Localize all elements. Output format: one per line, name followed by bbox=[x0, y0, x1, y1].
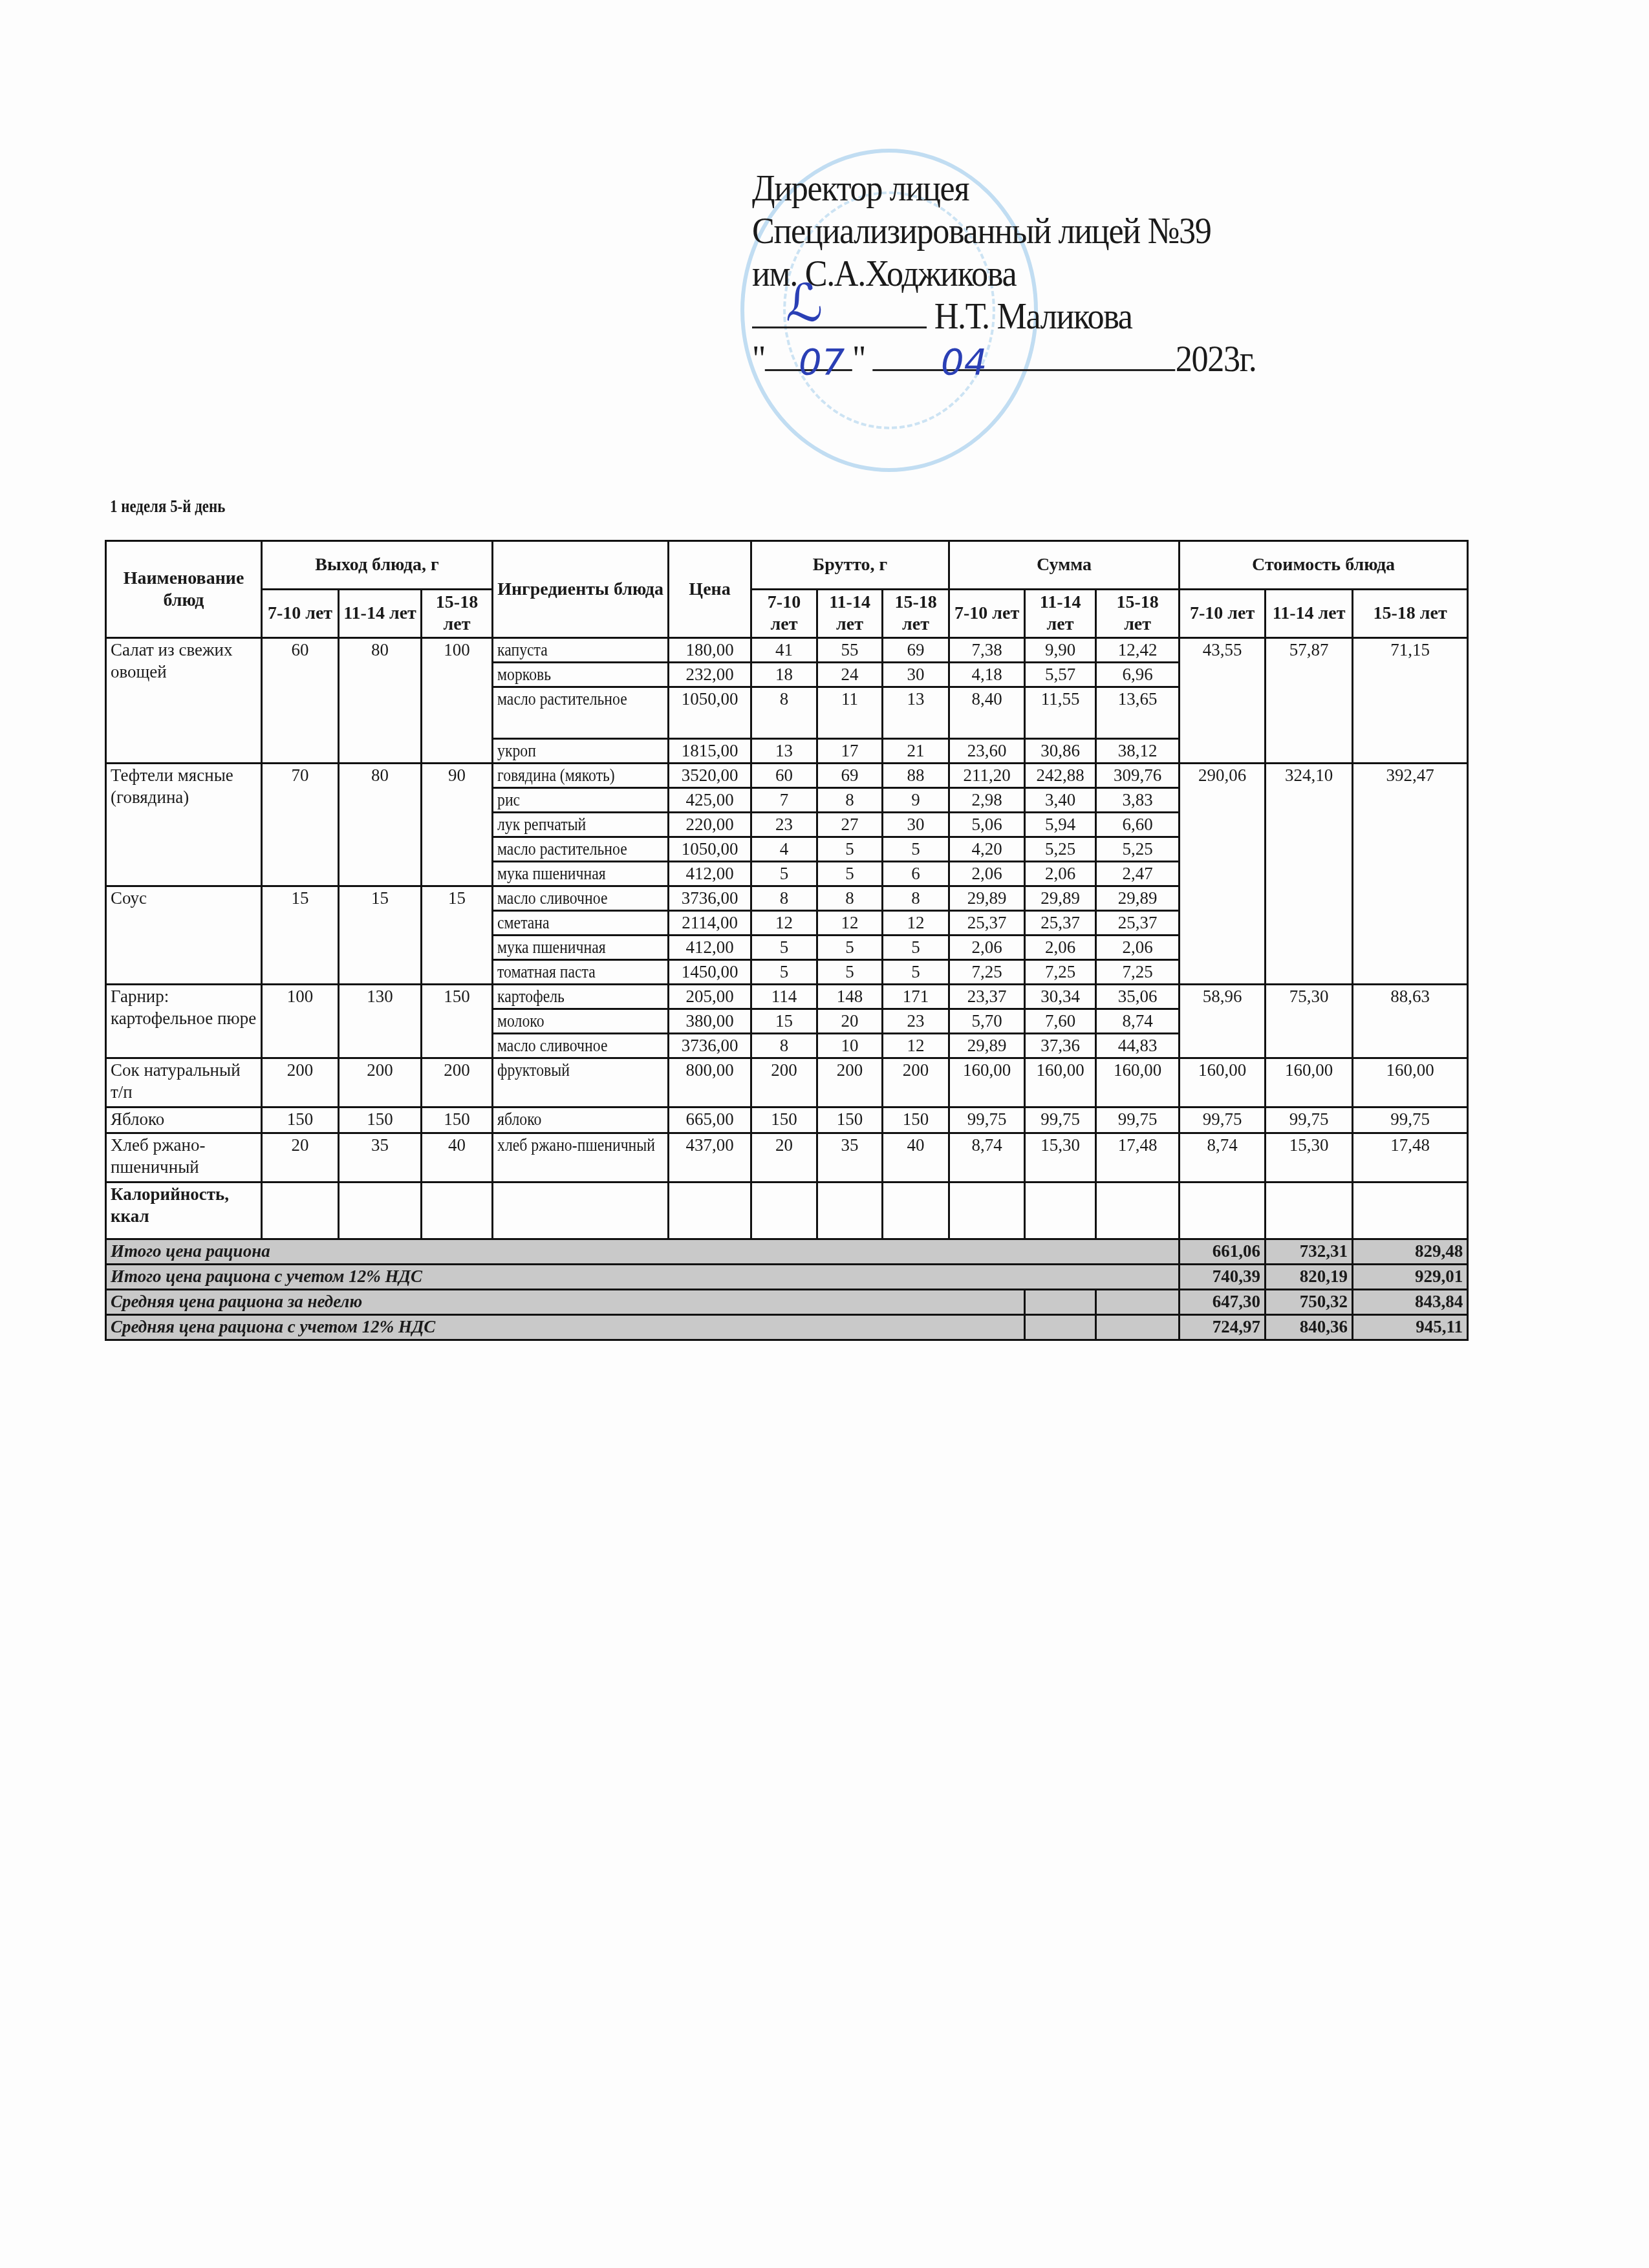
dish-yield-2: 130 bbox=[339, 985, 422, 1058]
ingredient-sum-3: 2,47 bbox=[1096, 862, 1180, 886]
header-brutto-age-2: 11-14 лет bbox=[817, 590, 883, 638]
ingredient-label: масло сливочное bbox=[497, 1034, 607, 1056]
total-label: Итого цена рациона с учетом 12% НДС bbox=[106, 1265, 1180, 1290]
total-value-2: 750,32 bbox=[1266, 1290, 1353, 1315]
approval-title: Директор лицея bbox=[752, 167, 1256, 209]
ingredient-brutto-2: 20 bbox=[817, 1009, 883, 1034]
ingredient-brutto-3: 69 bbox=[883, 638, 949, 663]
ingredient-brutto-2: 150 bbox=[817, 1107, 883, 1133]
ingredient-sum-3: 17,48 bbox=[1096, 1133, 1180, 1182]
header-ingredients: Ингредиенты блюда bbox=[493, 541, 669, 638]
ingredient-brutto-3: 23 bbox=[883, 1009, 949, 1034]
ingredient-brutto-3: 8 bbox=[883, 886, 949, 911]
total-value-2: 820,19 bbox=[1266, 1265, 1353, 1290]
ingredient-price: 3736,00 bbox=[669, 1034, 751, 1058]
dish-cost-2: 324,10 bbox=[1266, 764, 1353, 985]
ingredient-sum-3: 38,12 bbox=[1096, 739, 1180, 764]
ingredient-sum-1: 211,20 bbox=[949, 764, 1025, 788]
dish-cost-1: 160,00 bbox=[1180, 1058, 1266, 1107]
dish-yield-1: 150 bbox=[262, 1107, 339, 1133]
dish-cost-3: 392,47 bbox=[1353, 764, 1468, 985]
ingredient-brutto-3: 171 bbox=[883, 985, 949, 1009]
ingredient-sum-3: 160,00 bbox=[1096, 1058, 1180, 1107]
ingredient-price: 1050,00 bbox=[669, 687, 751, 739]
total-value-3: 929,01 bbox=[1353, 1265, 1468, 1290]
ingredient-sum-1: 99,75 bbox=[949, 1107, 1025, 1133]
ingredient-name: картофель bbox=[493, 985, 669, 1009]
ingredient-sum-3: 6,96 bbox=[1096, 663, 1180, 687]
ingredient-brutto-2: 27 bbox=[817, 813, 883, 837]
ingredient-price: 232,00 bbox=[669, 663, 751, 687]
ingredient-price: 665,00 bbox=[669, 1107, 751, 1133]
ingredient-brutto-2: 69 bbox=[817, 764, 883, 788]
calories-empty-cell bbox=[1025, 1182, 1096, 1239]
ingredient-label: масло растительное bbox=[497, 838, 627, 860]
ingredient-sum-3: 309,76 bbox=[1096, 764, 1180, 788]
ingredient-brutto-1: 114 bbox=[751, 985, 817, 1009]
table-row: Яблоко150150150яблоко665,0015015015099,7… bbox=[106, 1107, 1468, 1133]
total-value-1: 647,30 bbox=[1180, 1290, 1266, 1315]
ingredient-label: томатная паста bbox=[497, 961, 596, 983]
dish-name: Хлеб ржано-пшеничный bbox=[106, 1133, 262, 1182]
dish-cost-1: 43,55 bbox=[1180, 638, 1266, 764]
ingredient-sum-3: 6,60 bbox=[1096, 813, 1180, 837]
calories-empty-cell bbox=[883, 1182, 949, 1239]
calories-empty-cell bbox=[1353, 1182, 1468, 1239]
ingredient-price: 425,00 bbox=[669, 788, 751, 813]
dish-cost-3: 160,00 bbox=[1353, 1058, 1468, 1107]
ingredient-label: лук репчатый bbox=[497, 813, 586, 835]
ingredient-brutto-3: 12 bbox=[883, 1034, 949, 1058]
calories-empty-cell bbox=[669, 1182, 751, 1239]
dish-yield-3: 90 bbox=[422, 764, 493, 886]
ingredient-brutto-3: 150 bbox=[883, 1107, 949, 1133]
ingredient-brutto-3: 21 bbox=[883, 739, 949, 764]
ingredient-brutto-2: 35 bbox=[817, 1133, 883, 1182]
ingredient-label: картофель bbox=[497, 985, 565, 1007]
dish-yield-1: 100 bbox=[262, 985, 339, 1058]
ingredient-sum-3: 13,65 bbox=[1096, 687, 1180, 739]
total-row: Итого цена рациона661,06732,31829,48 bbox=[106, 1239, 1468, 1265]
handwritten-month: 04 bbox=[941, 341, 987, 383]
dish-yield-2: 35 bbox=[339, 1133, 422, 1182]
school-honorific: им. С.А.Ходжикова bbox=[752, 252, 1256, 295]
table-row: Хлеб ржано-пшеничный203540хлеб ржано-пше… bbox=[106, 1133, 1468, 1182]
total-empty-cell bbox=[1096, 1290, 1180, 1315]
ingredient-sum-1: 5,70 bbox=[949, 1009, 1025, 1034]
header-yield-age-2: 11-14 лет bbox=[339, 590, 422, 638]
table-row: Гарнир: картофельное пюре100130150картоф… bbox=[106, 985, 1468, 1009]
ingredient-brutto-1: 5 bbox=[751, 936, 817, 960]
ingredient-label: морковь bbox=[497, 663, 551, 685]
ingredient-brutto-2: 17 bbox=[817, 739, 883, 764]
ingredient-name: рис bbox=[493, 788, 669, 813]
ingredient-brutto-1: 8 bbox=[751, 886, 817, 911]
ingredient-label: яблоко bbox=[497, 1108, 541, 1130]
ingredient-brutto-1: 15 bbox=[751, 1009, 817, 1034]
ingredient-price: 2114,00 bbox=[669, 911, 751, 936]
ingredient-label: фруктовый bbox=[497, 1059, 570, 1081]
ingredient-sum-3: 25,37 bbox=[1096, 911, 1180, 936]
header-sum-age-2: 11-14 лет bbox=[1025, 590, 1096, 638]
ingredient-sum-1: 8,40 bbox=[949, 687, 1025, 739]
ingredient-sum-2: 2,06 bbox=[1025, 936, 1096, 960]
ingredient-sum-3: 12,42 bbox=[1096, 638, 1180, 663]
signature-line: Н.Т. Маликова bbox=[752, 295, 1256, 337]
ingredient-price: 437,00 bbox=[669, 1133, 751, 1182]
ingredient-sum-3: 2,06 bbox=[1096, 936, 1180, 960]
dish-yield-2: 150 bbox=[339, 1107, 422, 1133]
ingredient-brutto-1: 13 bbox=[751, 739, 817, 764]
ingredient-brutto-3: 88 bbox=[883, 764, 949, 788]
ingredient-name: лук репчатый bbox=[493, 813, 669, 837]
header-brutto: Брутто, г bbox=[751, 541, 949, 590]
ingredient-label: мука пшеничная bbox=[497, 936, 606, 958]
calories-empty-cell bbox=[1266, 1182, 1353, 1239]
dish-cost-2: 15,30 bbox=[1266, 1133, 1353, 1182]
dish-yield-3: 100 bbox=[422, 638, 493, 764]
ingredient-name: масло растительное bbox=[493, 687, 669, 739]
calories-row: Калорийность, ккал bbox=[106, 1182, 1468, 1239]
signer-name: Н.Т. Маликова bbox=[934, 295, 1132, 337]
total-value-1: 724,97 bbox=[1180, 1315, 1266, 1340]
handwritten-day: 07 bbox=[799, 341, 845, 383]
ingredient-name: укроп bbox=[493, 739, 669, 764]
header-brutto-age-3: 15-18 лет bbox=[883, 590, 949, 638]
ingredient-brutto-2: 24 bbox=[817, 663, 883, 687]
total-value-3: 945,11 bbox=[1353, 1315, 1468, 1340]
dish-yield-2: 200 bbox=[339, 1058, 422, 1107]
date-year: 2023г. bbox=[1176, 337, 1256, 380]
ingredient-label: сметана bbox=[497, 912, 550, 934]
ingredient-sum-3: 29,89 bbox=[1096, 886, 1180, 911]
ingredient-sum-1: 7,25 bbox=[949, 960, 1025, 985]
calories-empty-cell bbox=[751, 1182, 817, 1239]
dish-cost-1: 99,75 bbox=[1180, 1107, 1266, 1133]
total-value-2: 732,31 bbox=[1266, 1239, 1353, 1265]
ingredient-brutto-1: 7 bbox=[751, 788, 817, 813]
sub-dish-yield-3: 15 bbox=[422, 886, 493, 985]
ingredient-name: масло сливочное bbox=[493, 1034, 669, 1058]
ingredient-brutto-3: 5 bbox=[883, 960, 949, 985]
ingredient-brutto-3: 5 bbox=[883, 936, 949, 960]
ingredient-brutto-3: 13 bbox=[883, 687, 949, 739]
dish-cost-1: 58,96 bbox=[1180, 985, 1266, 1058]
ingredient-sum-3: 8,74 bbox=[1096, 1009, 1180, 1034]
ingredient-sum-2: 5,94 bbox=[1025, 813, 1096, 837]
calories-label: Калорийность, ккал bbox=[106, 1182, 262, 1239]
ingredient-price: 1450,00 bbox=[669, 960, 751, 985]
header-yield: Выход блюда, г bbox=[262, 541, 493, 590]
ingredient-sum-3: 3,83 bbox=[1096, 788, 1180, 813]
ingredient-brutto-1: 12 bbox=[751, 911, 817, 936]
ingredient-brutto-1: 20 bbox=[751, 1133, 817, 1182]
ingredient-brutto-3: 40 bbox=[883, 1133, 949, 1182]
header-brutto-age-1: 7-10 лет bbox=[751, 590, 817, 638]
ingredient-sum-3: 44,83 bbox=[1096, 1034, 1180, 1058]
ingredient-brutto-1: 5 bbox=[751, 862, 817, 886]
header-sum-age-1: 7-10 лет bbox=[949, 590, 1025, 638]
ingredient-brutto-2: 55 bbox=[817, 638, 883, 663]
ingredient-label: говядина (мякоть) bbox=[497, 764, 615, 786]
ingredient-sum-2: 3,40 bbox=[1025, 788, 1096, 813]
ingredient-brutto-1: 18 bbox=[751, 663, 817, 687]
total-label: Средняя цена рациона с учетом 12% НДС bbox=[106, 1315, 1025, 1340]
calories-empty-cell bbox=[262, 1182, 339, 1239]
ingredient-price: 412,00 bbox=[669, 936, 751, 960]
calories-empty-cell bbox=[817, 1182, 883, 1239]
ingredient-brutto-1: 8 bbox=[751, 1034, 817, 1058]
header-cost-age-1: 7-10 лет bbox=[1180, 590, 1266, 638]
ingredient-sum-2: 99,75 bbox=[1025, 1107, 1096, 1133]
signature-blank bbox=[752, 320, 927, 328]
ingredient-name: томатная паста bbox=[493, 960, 669, 985]
total-label: Итого цена рациона bbox=[106, 1239, 1180, 1265]
ingredient-sum-1: 5,06 bbox=[949, 813, 1025, 837]
dish-cost-2: 75,30 bbox=[1266, 985, 1353, 1058]
ingredient-sum-1: 160,00 bbox=[949, 1058, 1025, 1107]
ingredient-name: хлеб ржано-пшеничный bbox=[493, 1133, 669, 1182]
table-row: Сок натуральный т/п200200200фруктовый800… bbox=[106, 1058, 1468, 1107]
header-cost-age-2: 11-14 лет bbox=[1266, 590, 1353, 638]
dish-yield-3: 150 bbox=[422, 985, 493, 1058]
calories-empty-cell bbox=[949, 1182, 1025, 1239]
dish-name: Гарнир: картофельное пюре bbox=[106, 985, 262, 1058]
ingredient-label: масло сливочное bbox=[497, 887, 607, 909]
ingredient-brutto-3: 30 bbox=[883, 663, 949, 687]
total-row: Итого цена рациона с учетом 12% НДС740,3… bbox=[106, 1265, 1468, 1290]
ingredient-brutto-2: 5 bbox=[817, 837, 883, 862]
ingredient-name: мука пшеничная bbox=[493, 862, 669, 886]
ingredient-name: молоко bbox=[493, 1009, 669, 1034]
header-yield-age-3: 15-18 лет bbox=[422, 590, 493, 638]
ingredient-sum-1: 29,89 bbox=[949, 1034, 1025, 1058]
ingredient-sum-3: 35,06 bbox=[1096, 985, 1180, 1009]
dish-cost-3: 88,63 bbox=[1353, 985, 1468, 1058]
ingredient-brutto-1: 41 bbox=[751, 638, 817, 663]
ingredient-brutto-1: 8 bbox=[751, 687, 817, 739]
ingredient-sum-3: 7,25 bbox=[1096, 960, 1180, 985]
ingredient-sum-2: 5,25 bbox=[1025, 837, 1096, 862]
ingredient-sum-2: 5,57 bbox=[1025, 663, 1096, 687]
ingredient-brutto-3: 9 bbox=[883, 788, 949, 813]
ingredient-name: морковь bbox=[493, 663, 669, 687]
ingredient-sum-1: 23,37 bbox=[949, 985, 1025, 1009]
ingredient-price: 3520,00 bbox=[669, 764, 751, 788]
dish-yield-2: 80 bbox=[339, 764, 422, 886]
ingredient-brutto-2: 200 bbox=[817, 1058, 883, 1107]
ingredient-brutto-1: 4 bbox=[751, 837, 817, 862]
handwritten-signature-icon: ℒ bbox=[786, 273, 823, 333]
ingredient-brutto-1: 5 bbox=[751, 960, 817, 985]
ingredient-sum-2: 29,89 bbox=[1025, 886, 1096, 911]
dish-cost-2: 160,00 bbox=[1266, 1058, 1353, 1107]
header-cost-age-3: 15-18 лет bbox=[1353, 590, 1468, 638]
total-empty-cell bbox=[1025, 1315, 1096, 1340]
sub-dish-yield-1: 15 bbox=[262, 886, 339, 985]
ingredient-label: капуста bbox=[497, 639, 548, 661]
sub-dish-yield-2: 15 bbox=[339, 886, 422, 985]
ingredient-name: масло растительное bbox=[493, 837, 669, 862]
ingredient-sum-3: 5,25 bbox=[1096, 837, 1180, 862]
total-value-3: 843,84 bbox=[1353, 1290, 1468, 1315]
ingredient-brutto-2: 148 bbox=[817, 985, 883, 1009]
total-row: Средняя цена рациона с учетом 12% НДС724… bbox=[106, 1315, 1468, 1340]
ingredient-price: 1815,00 bbox=[669, 739, 751, 764]
ingredient-brutto-2: 8 bbox=[817, 886, 883, 911]
header-price: Цена bbox=[669, 541, 751, 638]
total-empty-cell bbox=[1025, 1290, 1096, 1315]
ingredient-brutto-1: 23 bbox=[751, 813, 817, 837]
ingredient-brutto-3: 30 bbox=[883, 813, 949, 837]
table-row: Тефтели мясные (говядина)708090говядина … bbox=[106, 764, 1468, 788]
ingredient-price: 180,00 bbox=[669, 638, 751, 663]
header-sum-age-3: 15-18 лет bbox=[1096, 590, 1180, 638]
dish-cost-3: 99,75 bbox=[1353, 1107, 1468, 1133]
ingredient-name: яблоко bbox=[493, 1107, 669, 1133]
header-dish-name: Наименование блюд bbox=[106, 541, 262, 638]
ingredient-sum-1: 29,89 bbox=[949, 886, 1025, 911]
calories-empty-cell bbox=[1180, 1182, 1266, 1239]
dish-name: Салат из свежих овощей bbox=[106, 638, 262, 764]
ingredient-brutto-1: 150 bbox=[751, 1107, 817, 1133]
ingredient-sum-1: 4,18 bbox=[949, 663, 1025, 687]
ingredient-sum-2: 160,00 bbox=[1025, 1058, 1096, 1107]
ingredient-label: рис bbox=[497, 789, 520, 811]
menu-cost-table: Наименование блюд Выход блюда, г Ингреди… bbox=[105, 540, 1469, 1341]
ingredient-brutto-1: 60 bbox=[751, 764, 817, 788]
dish-yield-3: 150 bbox=[422, 1107, 493, 1133]
dish-yield-3: 200 bbox=[422, 1058, 493, 1107]
ingredient-brutto-2: 11 bbox=[817, 687, 883, 739]
ingredient-sum-2: 2,06 bbox=[1025, 862, 1096, 886]
school-name: Специализированный лицей №39 bbox=[752, 209, 1256, 252]
ingredient-sum-3: 99,75 bbox=[1096, 1107, 1180, 1133]
ingredient-sum-2: 7,25 bbox=[1025, 960, 1096, 985]
date-month-blank bbox=[873, 363, 1176, 371]
dish-cost-3: 71,15 bbox=[1353, 638, 1468, 764]
dish-yield-1: 200 bbox=[262, 1058, 339, 1107]
ingredient-name: говядина (мякоть) bbox=[493, 764, 669, 788]
ingredient-sum-1: 7,38 bbox=[949, 638, 1025, 663]
total-value-2: 840,36 bbox=[1266, 1315, 1353, 1340]
ingredient-brutto-2: 5 bbox=[817, 960, 883, 985]
ingredient-label: молоко bbox=[497, 1010, 544, 1032]
ingredient-brutto-1: 200 bbox=[751, 1058, 817, 1107]
ingredient-sum-1: 25,37 bbox=[949, 911, 1025, 936]
ingredient-brutto-3: 200 bbox=[883, 1058, 949, 1107]
header-dish-cost: Стоимость блюда bbox=[1180, 541, 1468, 590]
ingredient-brutto-3: 6 bbox=[883, 862, 949, 886]
ingredient-sum-1: 8,74 bbox=[949, 1133, 1025, 1182]
ingredient-name: масло сливочное bbox=[493, 886, 669, 911]
dish-name: Тефтели мясные (говядина) bbox=[106, 764, 262, 886]
dish-cost-1: 8,74 bbox=[1180, 1133, 1266, 1182]
ingredient-sum-2: 37,36 bbox=[1025, 1034, 1096, 1058]
week-day-label: 1 неделя 5-й день bbox=[110, 497, 225, 517]
ingredient-brutto-2: 5 bbox=[817, 936, 883, 960]
dish-yield-2: 80 bbox=[339, 638, 422, 764]
ingredient-label: укроп bbox=[497, 740, 536, 762]
ingredient-sum-2: 15,30 bbox=[1025, 1133, 1096, 1182]
total-value-1: 740,39 bbox=[1180, 1265, 1266, 1290]
ingredient-sum-2: 7,60 bbox=[1025, 1009, 1096, 1034]
ingredient-label: мука пшеничная bbox=[497, 862, 606, 884]
ingredient-sum-1: 2,98 bbox=[949, 788, 1025, 813]
dish-yield-1: 60 bbox=[262, 638, 339, 764]
ingredient-sum-2: 9,90 bbox=[1025, 638, 1096, 663]
ingredient-sum-1: 4,20 bbox=[949, 837, 1025, 862]
header-yield-age-1: 7-10 лет bbox=[262, 590, 339, 638]
dish-name: Сок натуральный т/п bbox=[106, 1058, 262, 1107]
total-value-3: 829,48 bbox=[1353, 1239, 1468, 1265]
table-row: Салат из свежих овощей6080100капуста180,… bbox=[106, 638, 1468, 663]
ingredient-name: мука пшеничная bbox=[493, 936, 669, 960]
ingredient-sum-2: 30,34 bbox=[1025, 985, 1096, 1009]
ingredient-label: масло растительное bbox=[497, 688, 627, 710]
ingredient-name: фруктовый bbox=[493, 1058, 669, 1107]
calories-empty-cell bbox=[493, 1182, 669, 1239]
ingredient-price: 800,00 bbox=[669, 1058, 751, 1107]
dish-yield-1: 20 bbox=[262, 1133, 339, 1182]
calories-empty-cell bbox=[339, 1182, 422, 1239]
ingredient-sum-2: 25,37 bbox=[1025, 911, 1096, 936]
dish-yield-3: 40 bbox=[422, 1133, 493, 1182]
sub-dish-name: Соус bbox=[106, 886, 262, 985]
ingredient-price: 3736,00 bbox=[669, 886, 751, 911]
ingredient-sum-2: 30,86 bbox=[1025, 739, 1096, 764]
ingredient-sum-1: 2,06 bbox=[949, 936, 1025, 960]
ingredient-sum-1: 23,60 bbox=[949, 739, 1025, 764]
dish-cost-2: 57,87 bbox=[1266, 638, 1353, 764]
ingredient-label: хлеб ржано-пшеничный bbox=[497, 1134, 655, 1156]
total-empty-cell bbox=[1096, 1315, 1180, 1340]
ingredient-price: 1050,00 bbox=[669, 837, 751, 862]
dish-cost-1: 290,06 bbox=[1180, 764, 1266, 985]
ingredient-price: 220,00 bbox=[669, 813, 751, 837]
ingredient-name: сметана bbox=[493, 911, 669, 936]
header-sum: Сумма bbox=[949, 541, 1180, 590]
calories-empty-cell bbox=[1096, 1182, 1180, 1239]
dish-cost-2: 99,75 bbox=[1266, 1107, 1353, 1133]
total-label: Средняя цена рациона за неделю bbox=[106, 1290, 1025, 1315]
ingredient-brutto-2: 5 bbox=[817, 862, 883, 886]
ingredient-brutto-3: 12 bbox=[883, 911, 949, 936]
ingredient-name: капуста bbox=[493, 638, 669, 663]
calories-empty-cell bbox=[422, 1182, 493, 1239]
total-value-1: 661,06 bbox=[1180, 1239, 1266, 1265]
ingredient-price: 380,00 bbox=[669, 1009, 751, 1034]
ingredient-brutto-2: 12 bbox=[817, 911, 883, 936]
ingredient-price: 205,00 bbox=[669, 985, 751, 1009]
ingredient-brutto-3: 5 bbox=[883, 837, 949, 862]
ingredient-price: 412,00 bbox=[669, 862, 751, 886]
ingredient-sum-2: 11,55 bbox=[1025, 687, 1096, 739]
ingredient-sum-1: 2,06 bbox=[949, 862, 1025, 886]
ingredient-sum-2: 242,88 bbox=[1025, 764, 1096, 788]
dish-name: Яблоко bbox=[106, 1107, 262, 1133]
dish-yield-1: 70 bbox=[262, 764, 339, 886]
ingredient-brutto-2: 10 bbox=[817, 1034, 883, 1058]
total-row: Средняя цена рациона за неделю647,30750,… bbox=[106, 1290, 1468, 1315]
dish-cost-3: 17,48 bbox=[1353, 1133, 1468, 1182]
ingredient-brutto-2: 8 bbox=[817, 788, 883, 813]
